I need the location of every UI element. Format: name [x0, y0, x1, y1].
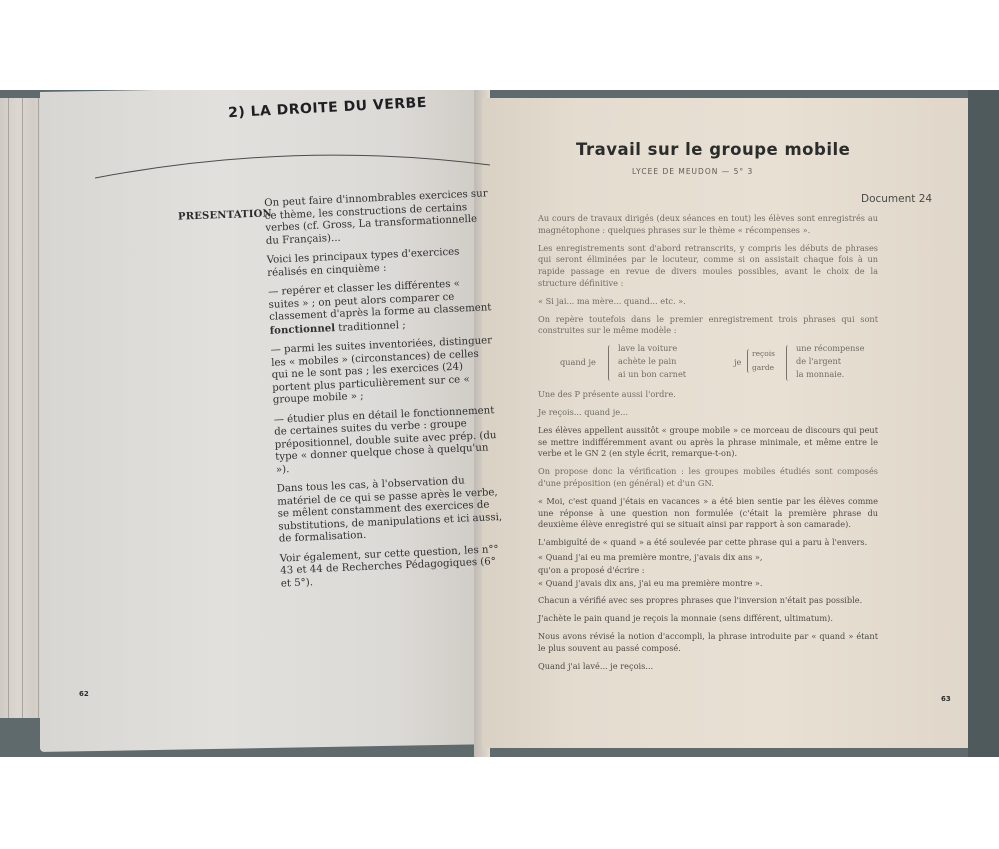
title-rule — [95, 130, 495, 190]
paragraph: Nous avons révisé la notion d'accompli, … — [538, 631, 878, 655]
paragraph: L'ambiguïté de « quand » a été soulevée … — [538, 537, 878, 549]
page-number-left: 62 — [79, 690, 89, 698]
sentence-model-table: quand je lave la voiture achète le pain … — [538, 343, 878, 385]
document-number: Document 24 — [861, 193, 932, 205]
brace — [608, 345, 613, 381]
paragraph: — parmi les suites inventoriées, disting… — [270, 335, 498, 407]
quote-line: « Quand j'ai eu ma première montre, j'av… — [538, 552, 878, 564]
paragraph: « Si jai... ma mère... quand... etc. ». — [538, 296, 878, 308]
model-left-head: quand je — [560, 357, 596, 369]
paragraph: Je reçois... quand je... — [538, 407, 878, 419]
model-right-option: la monnaie. — [796, 369, 844, 381]
page-number-right: 63 — [941, 695, 951, 703]
model-mid-option: garde — [752, 362, 774, 374]
brace — [786, 345, 791, 381]
paragraph: J'achète le pain quand je reçois la monn… — [538, 613, 878, 625]
document-title: Travail sur le groupe mobile — [576, 140, 850, 159]
paragraph: — repérer et classer les différentes « s… — [268, 277, 495, 338]
paragraph: On repère toutefois dans le premier enre… — [538, 314, 878, 338]
document-subtitle: LYCEE DE MEUDON — 5° 3 — [632, 167, 753, 176]
paragraph: Une des P présente aussi l'ordre. — [538, 389, 878, 401]
paragraph: « Moi, c'est quand j'étais en vacances »… — [538, 496, 878, 531]
emphasis: fonctionnel — [270, 322, 336, 337]
background-surface — [968, 90, 999, 757]
paragraph: On peut faire d'innombrables exercices s… — [264, 188, 491, 248]
paragraph: Chacun a vérifié avec ses propres phrase… — [538, 595, 878, 607]
model-left-option: ai un bon carnet — [618, 369, 686, 381]
left-page-body: On peut faire d'innombrables exercices s… — [264, 188, 506, 597]
paragraph: Au cours de travaux dirigés (deux séance… — [538, 213, 878, 237]
model-mid-option: reçois — [752, 348, 775, 360]
paragraph: — étudier plus en détail le fonctionneme… — [273, 404, 501, 476]
paragraph: Quand j'ai lavé... je reçois... — [538, 661, 878, 673]
right-page-body: Au cours de travaux dirigés (deux séance… — [538, 213, 878, 678]
model-right-option: de l'argent — [796, 356, 841, 368]
paragraph: Voici les principaux types d'exercices r… — [266, 245, 492, 280]
paragraph: On propose donc la vérification : les gr… — [538, 466, 878, 490]
paragraph: Les élèves appellent aussitôt « groupe m… — [538, 425, 878, 460]
model-left-option: lave la voiture — [618, 343, 677, 355]
paragraph: Dans tous les cas, à l'observation du ma… — [276, 474, 504, 546]
model-left-option: achète le pain — [618, 356, 676, 368]
paragraph: qu'on a proposé d'écrire : — [538, 565, 878, 577]
paragraph: Voir également, sur cette question, les … — [280, 543, 506, 590]
quote-line: « Quand j'avais dix ans, j'ai eu ma prem… — [538, 578, 878, 590]
paragraph: Les enregistrements sont d'abord retrans… — [538, 243, 878, 290]
model-mid-head: je — [734, 357, 741, 369]
model-right-option: une récompense — [796, 343, 864, 355]
